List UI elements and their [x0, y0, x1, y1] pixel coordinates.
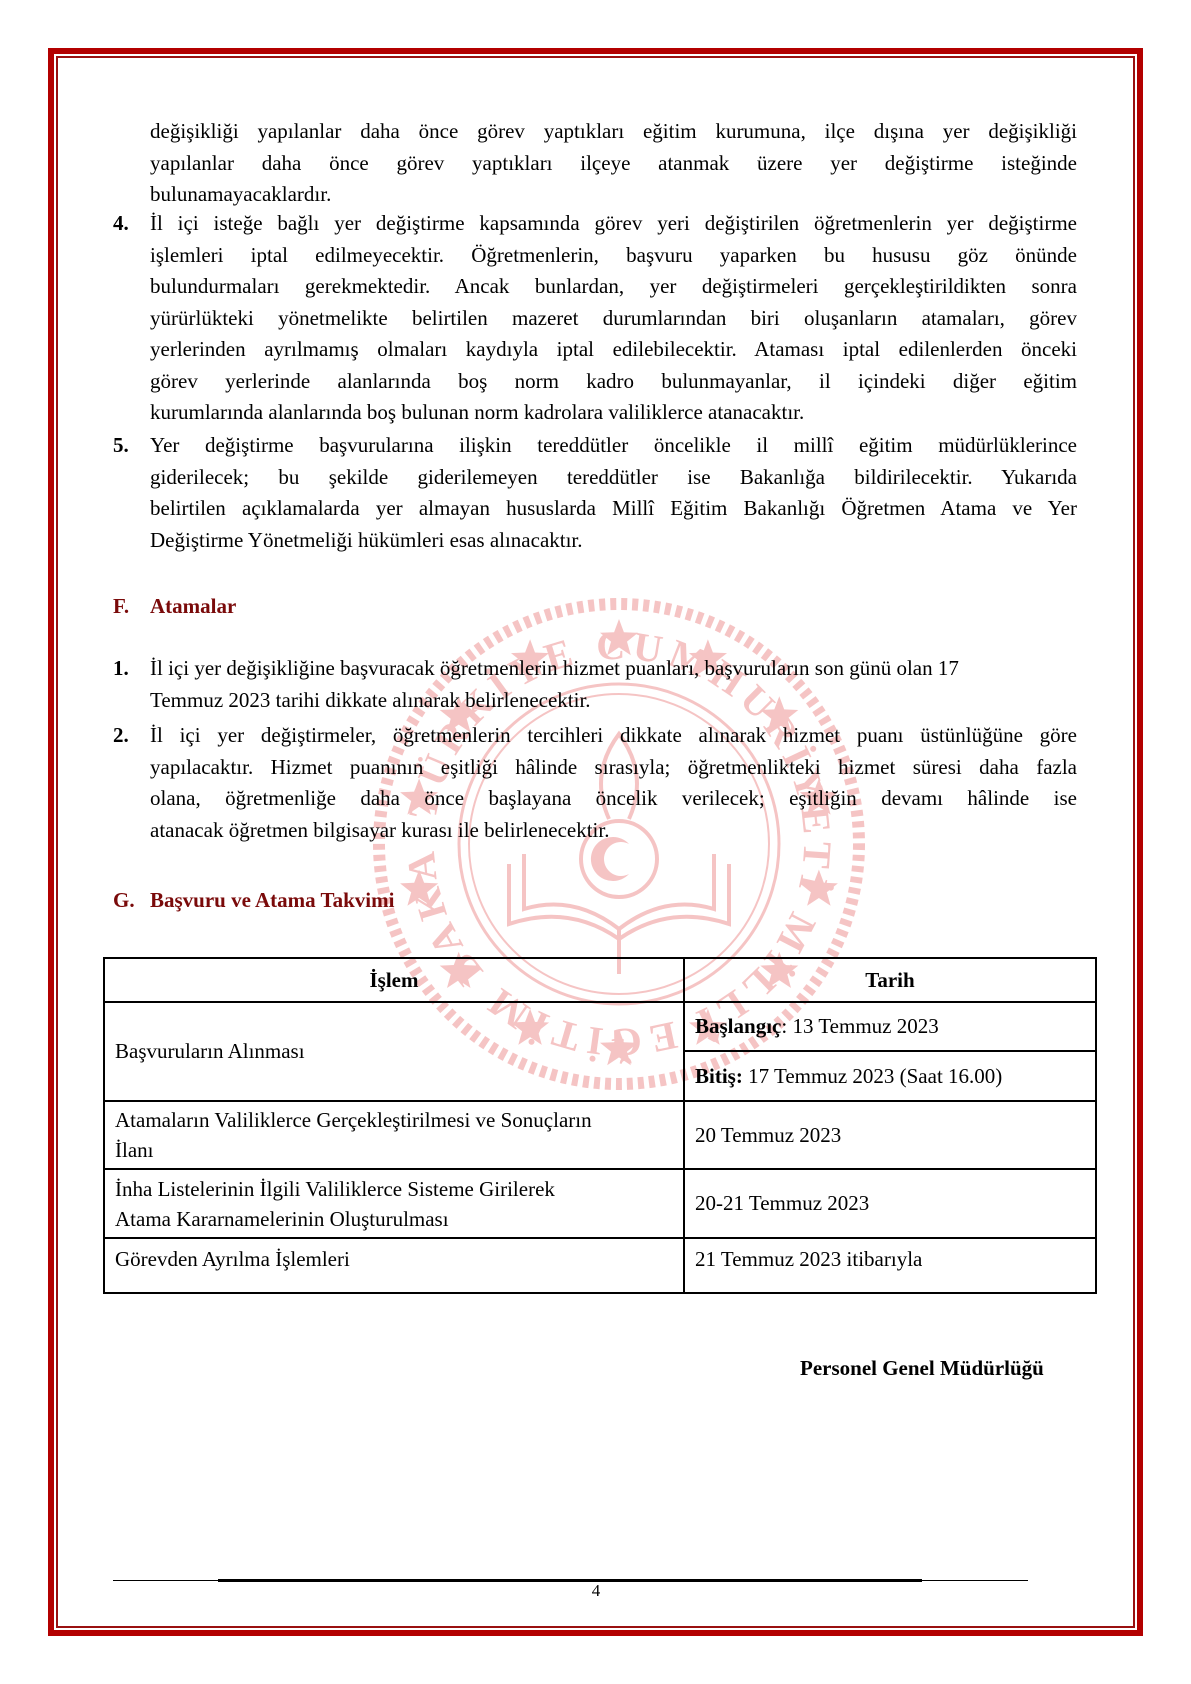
text-line: yapılacaktır. Hizmet puanının eşitliği h… — [150, 751, 1077, 783]
schedule-table: İşlem Tarih Başvuruların Alınması Başlan… — [103, 957, 1097, 1294]
text-line: yürürlükteki yönetmelikte belirtilen maz… — [150, 302, 1077, 334]
section-letter: F. — [113, 590, 150, 622]
signature: Personel Genel Müdürlüğü — [800, 1356, 1044, 1381]
text-line: Yer değiştirme başvurularına ilişkin ter… — [150, 429, 1077, 461]
table-row: İnha Listelerinin İlgili Valiliklerce Si… — [104, 1169, 1096, 1238]
cell-line: Atama Kararnamelerinin Oluşturulması — [115, 1207, 449, 1231]
cell-line: İnha Listelerinin İlgili Valiliklerce Si… — [115, 1177, 555, 1201]
section-letter: G. — [113, 884, 150, 916]
text-line: değişikliği yapılanlar daha önce görev y… — [150, 115, 1077, 147]
column-header-tarih: Tarih — [684, 958, 1096, 1002]
table-row: Görevden Ayrılma İşlemleri 21 Temmuz 202… — [104, 1238, 1096, 1293]
table-cell: Başlangıç: 13 Temmuz 2023 — [684, 1002, 1096, 1051]
list-number: 5. — [113, 429, 143, 461]
text-line: atanacak öğretmen bilgisayar kurası ile … — [150, 814, 1077, 846]
text-line: bulunamayacaklardır. — [150, 178, 1077, 210]
footer-rule-thick — [218, 1579, 922, 1582]
section-title: Başvuru ve Atama Takvimi — [150, 888, 394, 912]
table-cell: Başvuruların Alınması — [104, 1002, 684, 1101]
text-line: Değiştirme Yönetmeliği hükümleri esas al… — [150, 524, 1077, 556]
start-value: : 13 Temmuz 2023 — [781, 1014, 938, 1038]
text-line: belirtilen açıklamalarda yer almayan hus… — [150, 492, 1077, 524]
table-header-row: İşlem Tarih — [104, 958, 1096, 1002]
column-header-islem: İşlem — [104, 958, 684, 1002]
table-row: Başvuruların Alınması Başlangıç: 13 Temm… — [104, 1002, 1096, 1051]
section-heading-g: G.Başvuru ve Atama Takvimi — [113, 884, 394, 916]
text-line: yapılanlar daha önce görev yaptıkları il… — [150, 147, 1077, 179]
table-row: Atamaların Valiliklerce Gerçekleştirilme… — [104, 1101, 1096, 1169]
table-cell: Görevden Ayrılma İşlemleri — [104, 1238, 684, 1293]
text-line: işlemleri iptal edilmeyecektir. Öğretmen… — [150, 239, 1077, 271]
text-line: yerlerinden ayrılmamış olmaları kaydıyla… — [150, 333, 1077, 365]
section-title: Atamalar — [150, 594, 236, 618]
text-line: İl içi isteğe bağlı yer değiştirme kapsa… — [150, 207, 1077, 239]
cell-line: Atamaların Valiliklerce Gerçekleştirilme… — [115, 1108, 592, 1132]
end-label: Bitiş: — [695, 1064, 743, 1088]
book-icon — [509, 854, 729, 974]
list-number: 4. — [113, 207, 143, 239]
text-line: Temmuz 2023 tarihi dikkate alınarak beli… — [150, 684, 1077, 716]
cell-line: İlanı — [115, 1138, 153, 1162]
table-cell: Atamaların Valiliklerce Gerçekleştirilme… — [104, 1101, 684, 1169]
text-line: görev yerlerinde alanlarında boş norm ka… — [150, 365, 1077, 397]
end-value: 17 Temmuz 2023 (Saat 16.00) — [743, 1064, 1002, 1088]
page-number: 4 — [586, 1580, 606, 1602]
table-cell: 20-21 Temmuz 2023 — [684, 1169, 1096, 1238]
start-label: Başlangıç — [695, 1014, 781, 1038]
table-cell: İnha Listelerinin İlgili Valiliklerce Si… — [104, 1169, 684, 1238]
table-cell: 21 Temmuz 2023 itibarıyla — [684, 1238, 1096, 1293]
text-line: olana, öğretmenliğe daha önce başlayana … — [150, 782, 1077, 814]
text-line: bulundurmaları gerekmektedir. Ancak bunl… — [150, 270, 1077, 302]
list-number: 2. — [113, 719, 143, 751]
text-line: İl içi yer değişikliğine başvuracak öğre… — [150, 652, 1077, 684]
table-cell: 20 Temmuz 2023 — [684, 1101, 1096, 1169]
section-heading-f: F.Atamalar — [113, 590, 236, 622]
text-line: kurumlarında alanlarında boş bulunan nor… — [150, 396, 1077, 428]
list-number: 1. — [113, 652, 143, 684]
table-cell: Bitiş: 17 Temmuz 2023 (Saat 16.00) — [684, 1051, 1096, 1101]
text-line: İl içi yer değiştirmeler, öğretmenlerin … — [150, 719, 1077, 751]
text-line: giderilecek; bu şekilde giderilemeyen te… — [150, 461, 1077, 493]
